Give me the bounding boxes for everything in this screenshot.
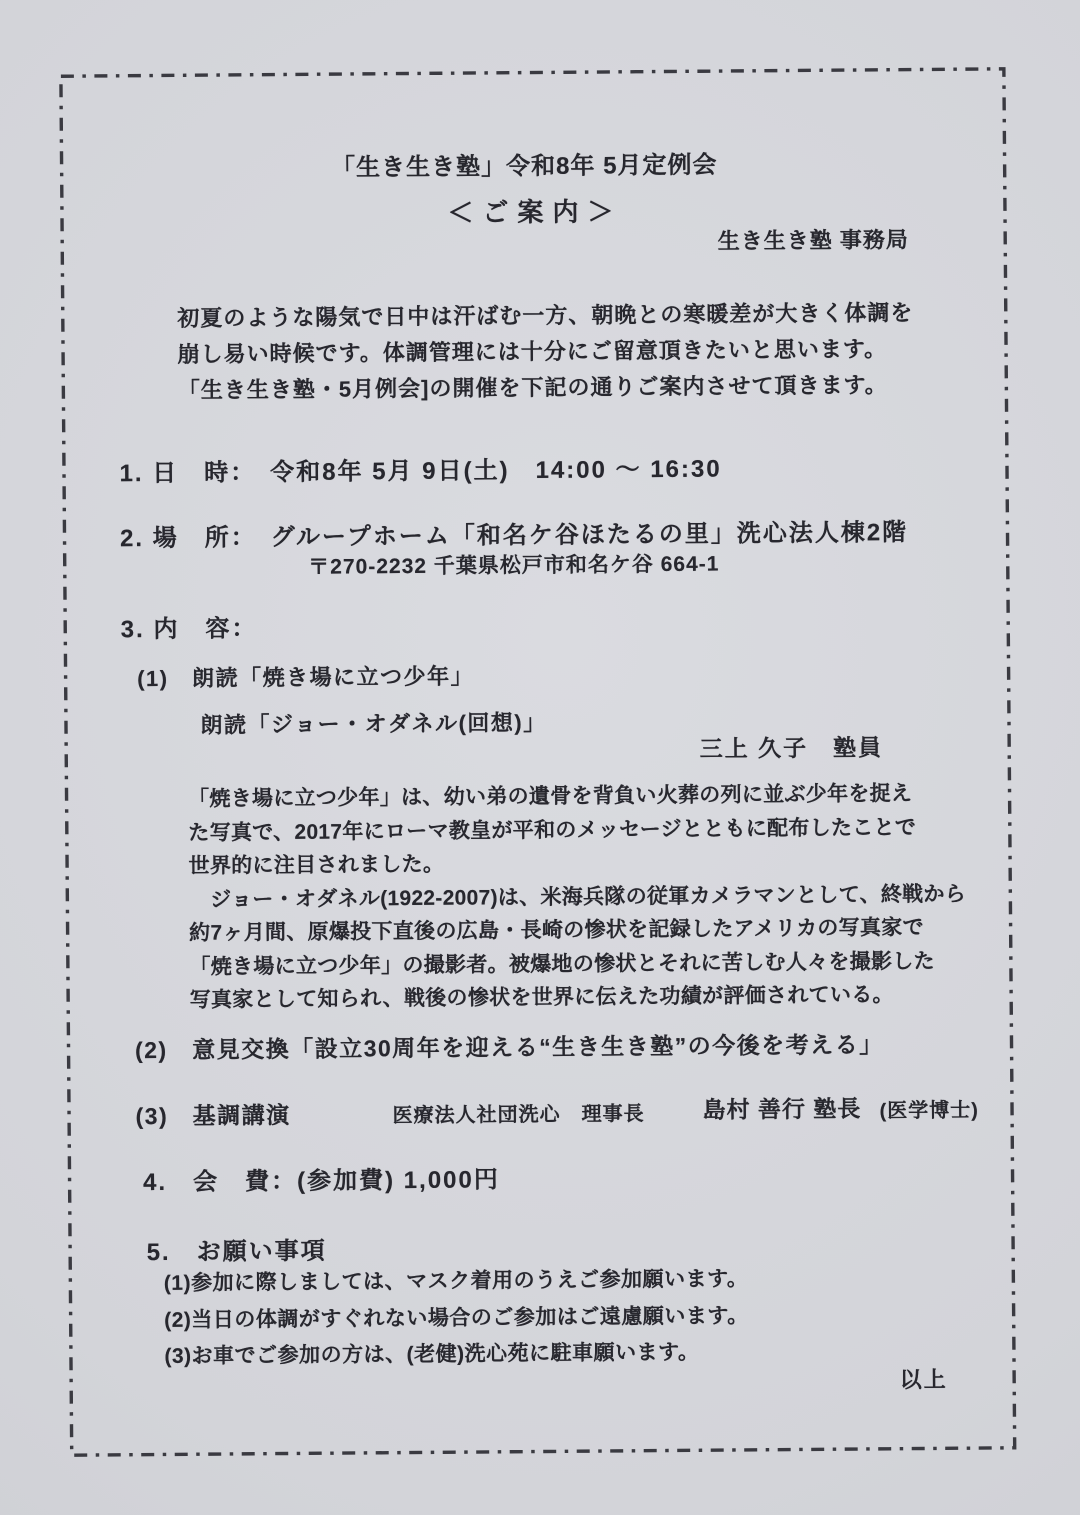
request-notes: (1)参加に際しましては、マスク着用のうえご参加願います。 (2)当日の体調がす…: [164, 1261, 749, 1375]
intro-paragraph: 初夏のような陽気で日中は汗ばむ一方、朝晩との寒暖差が大きく体調を 崩し易い時候で…: [177, 295, 914, 409]
closing-mark: 以上: [900, 1363, 948, 1394]
request-note-2: (2)当日の体調がすぐれない場合のご参加はご遠慮願います。: [164, 1298, 749, 1339]
description-line-5: 約7ヶ月間、原爆投下直後の広島・長崎の惨状を記録したアメリカの写真家で: [189, 911, 966, 951]
fee-line: 4. 会 費：(参加費) 1,000円: [143, 1159, 500, 1197]
lecture-label: (3) 基調講演: [135, 1097, 290, 1131]
photographed-notice: { "document": { "title": "「生き生き塾」令和8年 5月…: [0, 0, 1080, 1515]
contents-heading: 3. 内 容：: [121, 608, 258, 644]
request-note-1: (1)参加に際しましては、マスク着用のうえご参加願います。: [164, 1261, 749, 1302]
date-line: 1. 日 時： 令和8年 5月 9日(土) 14:00 ～ 16:30: [119, 449, 721, 489]
page-title: 「生き生き塾」令和8年 5月定例会: [331, 145, 718, 183]
description-line-2: た写真で、2017年にローマ教皇が平和のメッセージとともに配布したことで: [188, 810, 965, 850]
discussion-item: (2) 意見交換「設立30周年を迎える“生き生き塾”の今後を考える」: [135, 1026, 884, 1065]
lecture-speaker: 島村 善行 塾長: [702, 1090, 861, 1124]
lecture-organization: 医療法人社団洗心 理事長: [392, 1097, 644, 1128]
request-note-3: (3)お車でご参加の方は、(老健)洗心苑に駐車願います。: [164, 1334, 749, 1375]
reading-item-2: 朗読「ジョー・オダネル(回想)」: [200, 706, 546, 740]
issuer-line: 生き生き塾 事務局: [718, 223, 909, 256]
reader-name: 三上 久子 塾員: [700, 729, 884, 763]
address-line: 〒270-2232 千葉県松戸市和名ケ谷 664-1: [308, 548, 719, 581]
description-line-7: 写真家として知られ、戦後の惨状を世界に伝えた功績が評価されている。: [190, 978, 967, 1018]
intro-line-3: 「生き生き塾・5月例会]の開催を下記の通りご案内させて頂きます。: [178, 367, 914, 409]
intro-line-2: 崩し易い時候です。体調管理には十分にご留意頂きたいと思います。: [177, 331, 913, 373]
paper-sheet: 「生き生き塾」令和8年 5月定例会 ＜ご案内＞ 生き生き塾 事務局 初夏のような…: [0, 0, 1080, 1515]
intro-line-1: 初夏のような陽気で日中は汗ばむ一方、朝晩との寒暖差が大きく体調を: [177, 295, 913, 337]
lecture-degree: (医学博士): [879, 1094, 979, 1124]
place-line: 2. 場 所： グループホーム「和名ケ谷ほたるの里」洗心法人棟2階: [120, 512, 908, 553]
reading-item-1: (1) 朗読「焼き場に立つ少年」: [137, 660, 474, 694]
page-subtitle: ＜ご案内＞: [447, 191, 622, 229]
requests-heading: 5. お願い事項: [146, 1231, 326, 1267]
description-paragraph: 「焼き場に立つ少年」は、幼い弟の遺骨を背負い火葬の列に並ぶ少年を捉え た写真で、…: [188, 777, 967, 1018]
description-line-1: 「焼き場に立つ少年」は、幼い弟の遺骨を背負い火葬の列に並ぶ少年を捉え: [188, 777, 965, 817]
